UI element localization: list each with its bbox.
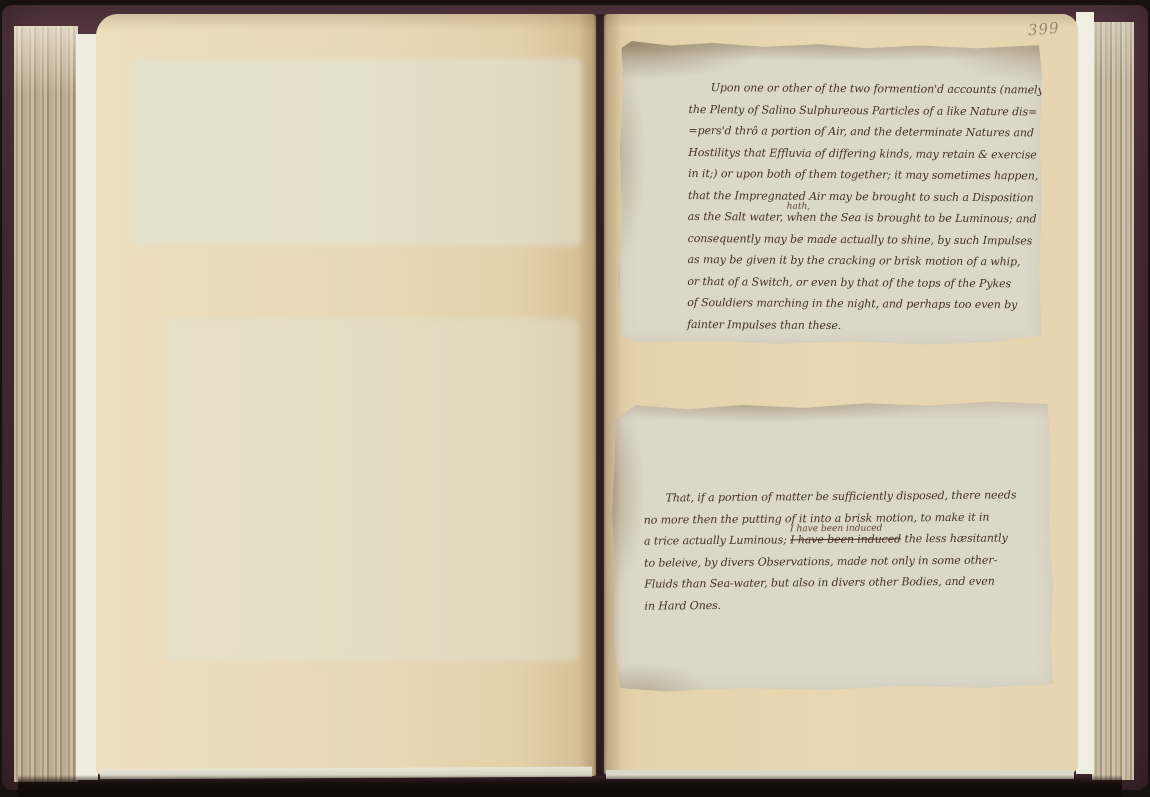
book-bottom-shadow <box>18 775 1122 797</box>
handwriting-line: in it;) or upon both of them together; i… <box>688 163 1048 187</box>
handwriting-text: the less hæsitantly <box>901 531 1008 545</box>
page-edges-left <box>14 26 78 782</box>
handwriting-text: as may be given it by the cracking or br… <box>687 253 1020 268</box>
handwriting-text: the Plenty of Salino Sulphureous Particl… <box>689 103 1038 118</box>
handwriting-text: a trice actually Luminous; <box>644 533 790 547</box>
handwriting-text: or that of a Switch, or even by that of … <box>687 274 1011 289</box>
interlinear-insertion: I have been induced <box>790 519 882 541</box>
handwriting-text: to beleive, by divers Observations, made… <box>644 553 997 569</box>
handwriting-line: of Souldiers marching in the night, and … <box>687 292 1047 316</box>
handwriting-text: as the Salt water, <box>688 210 787 224</box>
gutter-shadow <box>578 14 622 776</box>
handwriting-line: as may be given it by the cracking or br… <box>687 249 1047 273</box>
handwriting-line: in Hard Ones. <box>644 592 1044 617</box>
handwriting-line: =pers'd thrô a portion of Air, and the d… <box>688 120 1048 144</box>
interlinear-insertion: hath, <box>787 197 811 219</box>
handwriting-text: of Souldiers marching in the night, and … <box>687 296 1017 311</box>
handwriting-line: fainter Impulses than these. <box>687 313 1047 337</box>
note-text-lower: That, if a portion of matter be sufficie… <box>643 484 1044 616</box>
handwriting-line: that the Impregnated Air may be brought … <box>688 185 1048 209</box>
book-photograph: 399 Upon one or other of the two forment… <box>0 0 1150 797</box>
flyleaf-left <box>76 34 98 780</box>
handwriting-text: That, if a portion of matter be sufficie… <box>666 488 1017 504</box>
handwriting-line: as the Salt water, hath,when the Sea is … <box>688 206 1048 230</box>
folio-number: 399 <box>1027 19 1060 40</box>
handwriting-text: consequently may be made actually to shi… <box>688 232 1033 247</box>
right-page: 399 Upon one or other of the two forment… <box>604 14 1078 774</box>
handwriting-line: Hostilitys that Effluvia of differing ki… <box>688 142 1048 166</box>
handwriting-text: Upon one or other of the two formention'… <box>711 81 1044 96</box>
handwriting-line: or that of a Switch, or even by that of … <box>687 270 1047 294</box>
handwriting-text: =pers'd thrô a portion of Air, and the d… <box>688 124 1034 139</box>
show-through-impression-upper <box>130 58 582 246</box>
handwriting-text: in it;) or upon both of them together; i… <box>688 167 1038 182</box>
left-page <box>96 14 596 776</box>
handwriting-text: when the Sea is brought to be Luminous; … <box>787 211 1037 226</box>
handwriting-text: Fluids than Sea-water, but also in diver… <box>644 575 995 591</box>
show-through-impression-lower <box>162 318 578 662</box>
handwriting-line: consequently may be made actually to shi… <box>688 228 1048 252</box>
handwriting-text: in Hard Ones. <box>644 598 721 612</box>
page-edges-right <box>1092 22 1134 780</box>
flyleaf-right <box>1076 12 1094 774</box>
handwriting-line: Upon one or other of the two formention'… <box>689 77 1049 101</box>
manuscript-note-lower: That, if a portion of matter be sufficie… <box>609 398 1056 694</box>
handwriting-text: Hostilitys that Effluvia of differing ki… <box>688 146 1037 161</box>
handwriting-line: the Plenty of Salino Sulphureous Particl… <box>689 99 1049 123</box>
handwriting-text: fainter Impulses than these. <box>687 317 841 331</box>
handwriting-text: that the Impregnated Air may be brought … <box>688 189 1034 204</box>
note-text-upper: Upon one or other of the two formention'… <box>687 77 1049 338</box>
manuscript-note-upper: Upon one or other of the two formention'… <box>617 39 1045 348</box>
